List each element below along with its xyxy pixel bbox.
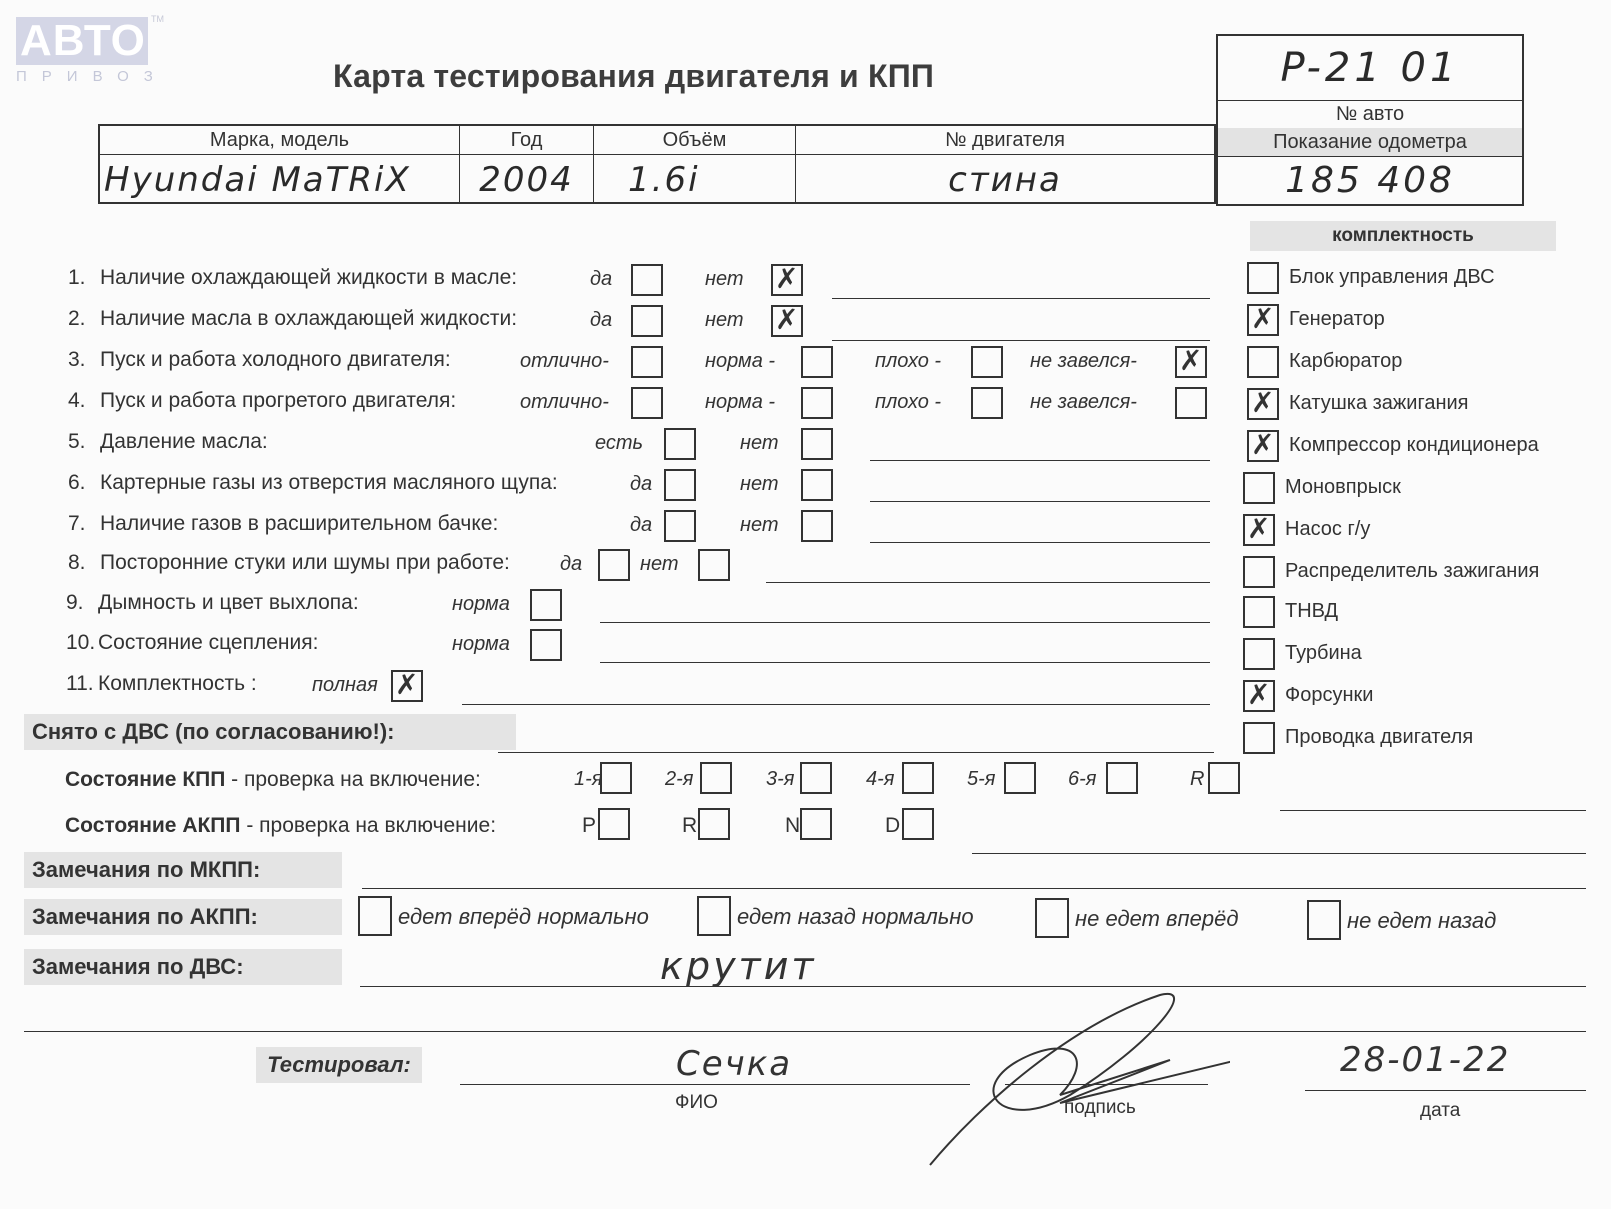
kit-checkbox-8[interactable] — [1243, 556, 1275, 588]
manual-gearbox-label: Состояние КПП - проверка на включение: — [65, 768, 481, 792]
tester-name-field[interactable]: Сечка — [676, 1044, 792, 1084]
option-label: нет — [640, 553, 679, 576]
question-text: Состояние сцепления: — [98, 631, 318, 654]
engine-number-cell: № двигателя стина — [796, 126, 1214, 202]
manual-gear-checkbox-7[interactable] — [1208, 762, 1240, 794]
question-2-checkbox-1[interactable] — [631, 305, 663, 337]
question-9-checkbox-1[interactable] — [530, 589, 562, 621]
option-label: норма - — [705, 391, 775, 414]
option-label: норма - — [705, 350, 775, 373]
year-label: Год — [460, 126, 593, 155]
logo: АВТО — [16, 17, 148, 65]
question-10: 10.Состояние сцепления: — [66, 631, 318, 655]
option-label: нет — [740, 432, 779, 455]
engine-remarks-label: Замечания по ДВС: — [24, 949, 342, 985]
option-label: нет — [705, 309, 744, 332]
question-number: 8. — [68, 551, 100, 575]
manual-remarks-field[interactable] — [362, 888, 1586, 889]
kit-item-label: Катушка зажигания — [1289, 392, 1469, 415]
option-label: да — [590, 268, 612, 291]
auto-remark-checkbox-4[interactable] — [1307, 900, 1341, 940]
tested-by-label: Тестировал: — [256, 1047, 422, 1083]
option-label: норма — [452, 593, 510, 616]
car-number-field[interactable]: P-21 01 — [1218, 36, 1522, 101]
auto-gearbox-notes[interactable] — [972, 853, 1586, 854]
manual-gear-checkbox-6[interactable] — [1106, 762, 1138, 794]
question-4-checkbox-3[interactable] — [971, 387, 1003, 419]
question-3: 3.Пуск и работа холодного двигателя: — [68, 348, 451, 372]
auto-remark-checkbox-2[interactable] — [697, 896, 731, 936]
question-3-checkbox-3[interactable] — [971, 346, 1003, 378]
manual-gear-checkbox-4[interactable] — [902, 762, 934, 794]
car-number-label: № авто — [1218, 100, 1522, 129]
question-9: 9.Дымность и цвет выхлопа: — [66, 591, 359, 615]
question-4-checkbox-1[interactable] — [631, 387, 663, 419]
signature-scribble — [920, 985, 1230, 1170]
make-model-label: Марка, модель — [100, 126, 459, 155]
kit-item-label: Насос г/у — [1285, 518, 1370, 541]
question-1-checkbox-1[interactable] — [631, 264, 663, 296]
question-8-notes[interactable] — [766, 582, 1210, 583]
question-number: 4. — [68, 389, 100, 413]
question-number: 6. — [68, 471, 100, 495]
odometer-field[interactable]: 185 408 — [1218, 156, 1522, 206]
question-5-checkbox-2[interactable] — [801, 428, 833, 460]
date-field[interactable]: 28-01-22 — [1340, 1040, 1510, 1080]
question-5-notes[interactable] — [870, 460, 1210, 461]
question-7-checkbox-1[interactable] — [664, 510, 696, 542]
question-6-checkbox-2[interactable] — [801, 469, 833, 501]
removed-label: Снято с ДВС (по согласованию!): — [24, 714, 516, 750]
make-model-field[interactable]: Hyundai MaTRiX — [100, 156, 459, 204]
question-2-checkbox-2[interactable] — [771, 305, 803, 337]
volume-cell: Объём 1.6i — [594, 126, 796, 202]
option-label: не завелся- — [1030, 391, 1137, 414]
option-label: отлично- — [520, 391, 609, 414]
removed-field[interactable] — [498, 752, 1214, 753]
question-8-checkbox-1[interactable] — [598, 549, 630, 581]
question-text: Наличие масла в охлаждающей жидкости: — [100, 307, 517, 330]
kit-item-label: Распределитель зажигания — [1285, 560, 1539, 583]
auto-remarks-label: Замечания по АКПП: — [24, 899, 342, 935]
option-label: нет — [740, 473, 779, 496]
vehicle-info-table: Марка, модель Hyundai MaTRiX Год 2004 Об… — [98, 124, 1216, 204]
auto-gear-label: P — [582, 814, 596, 838]
question-7: 7.Наличие газов в расширительном бачке: — [68, 512, 498, 536]
manual-gear-label: R — [1190, 768, 1204, 791]
name-line — [460, 1084, 970, 1085]
manual-gear-checkbox-1[interactable] — [600, 762, 632, 794]
kit-item-label: Карбюратор — [1289, 350, 1402, 373]
question-3-checkbox-1[interactable] — [631, 346, 663, 378]
name-caption: ФИО — [675, 1092, 718, 1114]
year-cell: Год 2004 — [460, 126, 594, 202]
question-5: 5.Давление масла: — [68, 430, 268, 454]
question-5-checkbox-1[interactable] — [664, 428, 696, 460]
auto-remark-label: едет назад нормально — [737, 904, 974, 930]
option-label: да — [560, 553, 582, 576]
question-number: 7. — [68, 512, 100, 536]
engine-remarks-line-2 — [24, 1031, 1586, 1032]
option-label: плохо - — [875, 350, 941, 373]
option-label: да — [630, 514, 652, 537]
manual-gearbox-notes[interactable] — [1280, 810, 1586, 811]
question-text: Наличие охлаждающей жидкости в масле: — [100, 266, 517, 289]
engine-number-field[interactable]: стина — [796, 156, 1214, 204]
date-line — [1305, 1090, 1586, 1091]
question-11: 11.Комплектность : — [66, 672, 257, 696]
question-7-checkbox-2[interactable] — [801, 510, 833, 542]
option-label: норма — [452, 633, 510, 656]
manual-gear-label: 2-я — [665, 768, 693, 791]
kit-checkbox-3[interactable] — [1247, 346, 1279, 378]
volume-label: Объём — [594, 126, 795, 155]
question-6-checkbox-1[interactable] — [664, 469, 696, 501]
auto-gear-label: R — [682, 814, 697, 838]
kit-checkbox-7[interactable] — [1243, 514, 1275, 546]
kit-checkbox-1[interactable] — [1247, 262, 1279, 294]
car-info-box: P-21 01 № авто Показание одометра 185 40… — [1216, 34, 1524, 206]
question-3-checkbox-2[interactable] — [801, 346, 833, 378]
auto-gearbox-label: Состояние АКПП - проверка на включение: — [65, 814, 496, 838]
question-text: Пуск и работа прогретого двигателя: — [100, 389, 456, 412]
question-1: 1.Наличие охлаждающей жидкости в масле: — [68, 266, 517, 290]
question-number: 3. — [68, 348, 100, 372]
kit-item-label: Моновпрыск — [1285, 476, 1401, 499]
auto-gear-checkbox-3[interactable] — [800, 808, 832, 840]
manual-gear-label: 3-я — [766, 768, 794, 791]
engine-remarks-value[interactable]: крутит — [660, 944, 817, 988]
option-label: нет — [705, 268, 744, 291]
question-2-notes[interactable] — [832, 340, 1210, 341]
question-4: 4.Пуск и работа прогретого двигателя: — [68, 389, 456, 413]
kit-checkbox-4[interactable] — [1247, 388, 1279, 420]
question-1-checkbox-2[interactable] — [771, 264, 803, 296]
year-field[interactable]: 2004 — [460, 156, 593, 204]
kit-checkbox-6[interactable] — [1243, 472, 1275, 504]
manual-gear-label: 1-я — [574, 768, 602, 791]
odometer-label: Показание одометра — [1218, 128, 1522, 157]
question-3-checkbox-4[interactable] — [1175, 346, 1207, 378]
kit-checkbox-5[interactable] — [1247, 430, 1279, 462]
question-11-notes[interactable] — [462, 704, 1210, 705]
question-7-notes[interactable] — [870, 542, 1210, 543]
kit-item-label: Форсунки — [1285, 684, 1373, 707]
manual-gear-checkbox-3[interactable] — [800, 762, 832, 794]
question-number: 11. — [66, 672, 98, 696]
option-label: полная — [312, 674, 378, 697]
kit-item-label: Блок управления ДВС — [1289, 266, 1495, 289]
volume-field[interactable]: 1.6i — [594, 156, 795, 204]
manual-remarks-label: Замечания по МКПП: — [24, 852, 342, 888]
auto-remark-label: не едет назад — [1347, 908, 1496, 934]
page-title: Карта тестирования двигателя и КПП — [333, 58, 934, 95]
auto-remark-checkbox-3[interactable] — [1035, 898, 1069, 938]
question-4-checkbox-2[interactable] — [801, 387, 833, 419]
logo-subtitle: ПРИВОЗ — [16, 68, 168, 85]
option-label: нет — [740, 514, 779, 537]
make-model-cell: Марка, модель Hyundai MaTRiX — [100, 126, 460, 202]
option-label: не завелся- — [1030, 350, 1137, 373]
manual-gear-label: 6-я — [1068, 768, 1096, 791]
question-number: 5. — [68, 430, 100, 454]
question-1-notes[interactable] — [832, 298, 1210, 299]
auto-gear-checkbox-1[interactable] — [598, 808, 630, 840]
auto-gear-checkbox-4[interactable] — [902, 808, 934, 840]
kit-item-label: Генератор — [1289, 308, 1385, 331]
manual-gear-checkbox-5[interactable] — [1004, 762, 1036, 794]
question-10-notes[interactable] — [600, 662, 1210, 663]
kit-checkbox-2[interactable] — [1247, 304, 1279, 336]
question-text: Картерные газы из отверстия масляного щу… — [100, 471, 558, 494]
kit-item-label: Компрессор кондиционера — [1289, 434, 1539, 457]
question-number: 1. — [68, 266, 100, 290]
question-number: 2. — [68, 307, 100, 331]
question-2: 2.Наличие масла в охлаждающей жидкости: — [68, 307, 517, 331]
auto-remark-label: не едет вперёд — [1075, 906, 1239, 932]
logo-trademark: TM — [151, 14, 164, 24]
option-label: да — [590, 309, 612, 332]
question-number: 10. — [66, 631, 98, 655]
option-label: плохо - — [875, 391, 941, 414]
question-9-notes[interactable] — [600, 622, 1210, 623]
question-text: Дымность и цвет выхлопа: — [98, 591, 359, 614]
auto-gear-label: N — [785, 814, 800, 838]
option-label: отлично- — [520, 350, 609, 373]
question-8-checkbox-2[interactable] — [698, 549, 730, 581]
auto-remark-label: едет вперёд нормально — [398, 904, 649, 930]
question-text: Пуск и работа холодного двигателя: — [100, 348, 451, 371]
auto-gear-label: D — [885, 814, 900, 838]
kit-checkbox-11[interactable] — [1243, 680, 1275, 712]
kit-item-label: Проводка двигателя — [1285, 726, 1473, 749]
question-6: 6.Картерные газы из отверстия масляного … — [68, 471, 558, 495]
question-11-checkbox-1[interactable] — [391, 670, 423, 702]
question-text: Наличие газов в расширительном бачке: — [100, 512, 498, 535]
kit-checkbox-9[interactable] — [1243, 596, 1275, 628]
kit-item-label: ТНВД — [1285, 600, 1338, 623]
question-text: Посторонние стуки или шумы при работе: — [100, 551, 510, 574]
question-6-notes[interactable] — [870, 501, 1210, 502]
option-label: да — [630, 473, 652, 496]
question-text: Давление масла: — [100, 430, 268, 453]
question-text: Комплектность : — [98, 672, 257, 695]
date-caption: дата — [1420, 1100, 1460, 1122]
engine-number-label: № двигателя — [796, 126, 1214, 155]
question-4-checkbox-4[interactable] — [1175, 387, 1207, 419]
kit-checkbox-10[interactable] — [1243, 638, 1275, 670]
option-label: есть — [595, 432, 643, 455]
auto-remark-checkbox-1[interactable] — [358, 896, 392, 936]
manual-gear-label: 4-я — [866, 768, 894, 791]
question-number: 9. — [66, 591, 98, 615]
manual-gear-checkbox-2[interactable] — [700, 762, 732, 794]
kit-checkbox-12[interactable] — [1243, 722, 1275, 754]
question-8: 8.Посторонние стуки или шумы при работе: — [68, 551, 510, 575]
auto-gear-checkbox-2[interactable] — [698, 808, 730, 840]
kit-item-label: Турбина — [1285, 642, 1362, 665]
manual-gear-label: 5-я — [967, 768, 995, 791]
completeness-header: комплектность — [1250, 221, 1556, 251]
question-10-checkbox-1[interactable] — [530, 629, 562, 661]
